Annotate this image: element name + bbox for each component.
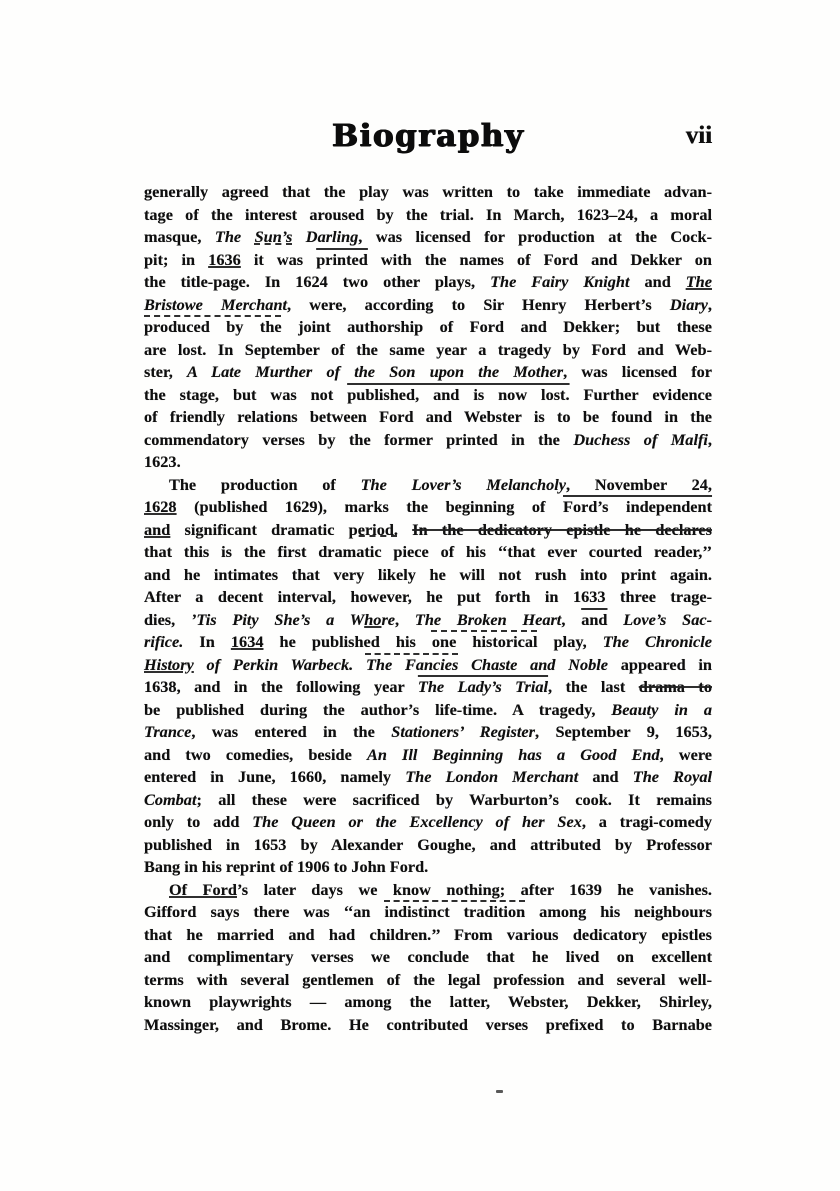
paragraph: Of Ford’s later days we know nothing; af… <box>144 879 712 1037</box>
text-segment: Beauty in a <box>611 700 712 719</box>
text-segment: ho <box>364 610 381 629</box>
text-line: that this is the first dramatic piece of… <box>144 541 712 564</box>
text-line: ster, A Late Murther of the Son upon the… <box>144 361 712 384</box>
text-segment: with the names of Ford and Dekker on <box>368 250 712 269</box>
text-segment: drama to <box>639 677 712 696</box>
text-segment: indistinct tradition <box>384 902 525 921</box>
text-segment: The Lady’s Trial <box>418 677 548 696</box>
text-segment: rifice. <box>144 632 183 651</box>
text-line: Massinger, and Brome. He contributed ver… <box>144 1014 712 1037</box>
text-segment: printed <box>316 250 368 269</box>
text-segment: , was entered in the <box>191 722 391 741</box>
text-segment: , <box>708 430 712 449</box>
text-line: and significant dramatic period. In the … <box>144 519 712 542</box>
text-segment: tage of the interest aroused by the tria… <box>144 205 712 224</box>
text-line: that he married and had children.’’ From… <box>144 924 712 947</box>
text-segment: of Perkin Warbeck. <box>194 655 366 674</box>
text-line: Combat; all these were sacrificed by War… <box>144 789 712 812</box>
text-line: History of Perkin Warbeck. The Fancies C… <box>144 654 712 677</box>
text-line: dies, ’Tis Pity She’s a Whore, The Broke… <box>144 609 712 632</box>
text-segment: The <box>686 272 712 291</box>
text-segment: The <box>215 227 255 246</box>
text-line: Trance, was entered in the Stationers’ R… <box>144 721 712 744</box>
text-segment: the stage, but was not <box>144 385 347 404</box>
text-line: of friendly relations between Ford and W… <box>144 406 712 429</box>
text-segment: The Chronicle <box>603 632 712 651</box>
text-segment <box>398 520 412 539</box>
text-segment <box>607 610 623 629</box>
text-segment: Bristowe Merchant <box>144 295 287 314</box>
text-segment: Trance <box>144 722 191 741</box>
scanned-book-page: Biography vii generally agreed that the … <box>0 0 840 1191</box>
text-segment: , <box>395 610 415 629</box>
text-segment: commendatory verses by the former printe… <box>144 430 573 449</box>
text-segment: After a decent interval, however, he put… <box>144 587 712 606</box>
text-segment: (published 1629), marks the beginning of <box>177 497 563 516</box>
text-segment: Chaste and Noble <box>458 655 608 674</box>
text-segment: significant dramatic <box>170 520 348 539</box>
text-segment: Further evidence <box>570 385 712 404</box>
text-segment: 1628 <box>144 497 177 516</box>
text-segment: only to add <box>144 812 252 831</box>
text-segment: 1636 <box>208 250 241 269</box>
text-segment: and <box>578 767 633 786</box>
text-segment: 1638, and in the following year <box>144 677 418 696</box>
text-segment: The London Merchant <box>405 767 578 786</box>
paragraph: generally agreed that the play was writt… <box>144 181 712 474</box>
text-line: and he intimates that very likely he wil… <box>144 564 712 587</box>
text-segment: The Broken Heart <box>415 610 561 629</box>
text-segment: The Lover’s Melancholy <box>361 475 566 494</box>
text-segment: , November 24, <box>566 475 712 494</box>
text-line: the title-page. In 1624 two other plays,… <box>144 271 712 294</box>
text-line: and complimentary verses we conclude tha… <box>144 946 712 969</box>
text-segment: and <box>581 610 607 629</box>
text-segment: , the last <box>548 677 639 696</box>
text-segment: Massinger, and Brome. He contributed ver… <box>144 1015 712 1034</box>
text-segment: The Queen or the Excellency of her Sex <box>252 812 582 831</box>
text-segment: The Fancies <box>366 655 458 674</box>
text-segment: of friendly relations between Ford and W… <box>144 407 712 426</box>
text-segment: that he married and had children.’’ From… <box>144 925 712 944</box>
text-segment: , were <box>660 745 712 764</box>
text-segment: period. <box>349 520 398 539</box>
paragraph: The production of The Lover’s Melancholy… <box>144 474 712 879</box>
text-segment: dies, <box>144 610 191 629</box>
text-segment: , <box>561 610 581 629</box>
text-segment: re <box>381 610 395 629</box>
text-segment: The Royal <box>633 767 712 786</box>
text-line: the stage, but was not published, and is… <box>144 384 712 407</box>
text-line: 1623. <box>144 451 712 474</box>
page-title: Biography <box>144 118 712 154</box>
text-segment: , was licensed for <box>563 362 712 381</box>
text-segment: ’s later days we know nothing; after 163… <box>237 880 712 899</box>
text-segment: Stationers’ Register <box>391 722 535 741</box>
text-segment: and he intimates that very likely he wil… <box>144 565 712 584</box>
text-segment: are lost. In September of the same year … <box>144 340 712 359</box>
text-segment: generally agreed that the play was writt… <box>144 182 712 201</box>
text-segment: Bang in his reprint of 1906 to John Ford… <box>144 857 428 876</box>
text-segment: produced by the <box>144 317 282 336</box>
text-segment: The production of <box>169 475 361 494</box>
text-segment: , <box>708 295 712 314</box>
text-segment: among his neighbours <box>525 902 712 921</box>
text-line: Of Ford’s later days we know nothing; af… <box>144 879 712 902</box>
text-line: produced by the joint authorship of Ford… <box>144 316 712 339</box>
text-segment: ’Tis Pity She’s a W <box>191 610 364 629</box>
text-line: are lost. In September of the same year … <box>144 339 712 362</box>
text-segment: , was licensed for production at the Coc… <box>358 227 712 246</box>
text-line: 1638, and in the following year The Lady… <box>144 676 712 699</box>
text-segment: Sun’s <box>255 227 293 246</box>
page-number: vii <box>686 122 712 150</box>
text-segment: joint authorship of Ford and Dekker; but… <box>282 317 712 336</box>
text-segment: A Late Murther of the Son upon the Mothe… <box>187 362 563 381</box>
text-segment: and <box>144 520 170 539</box>
text-segment: published, and is now lost. <box>347 385 569 404</box>
text-segment: In <box>183 632 231 651</box>
text-line: entered in June, 1660, namely The London… <box>144 766 712 789</box>
text-segment: play, <box>538 632 603 651</box>
text-segment: History <box>144 655 194 674</box>
text-line: pit; in 1636 it was printed with the nam… <box>144 249 712 272</box>
text-segment: terms with several gentlemen of the lega… <box>144 970 712 989</box>
text-segment: The Fairy Knight <box>490 272 629 291</box>
text-line: only to add The Queen or the Excellency … <box>144 811 712 834</box>
text-segment: be published during the author’s life-ti… <box>144 700 611 719</box>
text-segment: that this is the first dramatic piece of… <box>144 542 712 561</box>
text-segment: ; all these were sacrificed by Warburton… <box>196 790 712 809</box>
text-segment: Gifford says there was ‘‘an <box>144 902 384 921</box>
text-segment: Of Ford <box>169 880 237 899</box>
text-segment: appeared in <box>608 655 712 674</box>
text-segment: , a tragi-comedy <box>582 812 712 831</box>
text-line: published in 1653 by Alexander Goughe, a… <box>144 834 712 857</box>
text-segment: and two comedies, beside <box>144 745 367 764</box>
printer-mark <box>496 1090 503 1093</box>
text-line: 1628 (published 1629), marks the beginni… <box>144 496 712 519</box>
text-segment: Diary <box>670 295 708 314</box>
text-segment: ster, <box>144 362 187 381</box>
text-line: and two comedies, beside An Ill Beginnin… <box>144 744 712 767</box>
text-segment: the title-page. In 1624 two other plays, <box>144 272 490 291</box>
text-segment: entered in June, 1660, namely <box>144 767 405 786</box>
text-segment: Love’s Sac- <box>623 610 712 629</box>
text-segment: and <box>630 272 686 291</box>
text-segment: An Ill Beginning has a Good End <box>367 745 660 764</box>
text-segment: Darling <box>292 227 358 246</box>
text-segment: known playwrights — among the latter, We… <box>144 992 712 1011</box>
text-segment: , were, according to Sir Henry Herbert’s <box>287 295 670 314</box>
text-segment: one historical <box>432 632 538 651</box>
text-block: generally agreed that the play was writt… <box>144 181 712 1036</box>
text-segment: masque, <box>144 227 215 246</box>
text-segment: it was <box>241 250 316 269</box>
text-segment: pit; in <box>144 250 208 269</box>
text-segment: he published his <box>263 632 431 651</box>
text-segment: In the dedicatory epistle he declares <box>412 520 712 539</box>
text-line: tage of the interest aroused by the tria… <box>144 204 712 227</box>
text-segment: 1634 <box>231 632 264 651</box>
text-line: After a decent interval, however, he put… <box>144 586 712 609</box>
text-line: rifice. In 1634 he published his one his… <box>144 631 712 654</box>
text-line: Bang in his reprint of 1906 to John Ford… <box>144 856 712 879</box>
text-segment: Ford’s independent <box>563 497 712 516</box>
text-line: known playwrights — among the latter, We… <box>144 991 712 1014</box>
text-line: Gifford says there was ‘‘an indistinct t… <box>144 901 712 924</box>
text-line: Bristowe Merchant, were, according to Si… <box>144 294 712 317</box>
text-line: be published during the author’s life-ti… <box>144 699 712 722</box>
text-line: terms with several gentlemen of the lega… <box>144 969 712 992</box>
text-segment: 1623. <box>144 452 181 471</box>
text-segment: published in 1653 by Alexander Goughe, a… <box>144 835 712 854</box>
text-line: commendatory verses by the former printe… <box>144 429 712 452</box>
text-segment: Combat <box>144 790 196 809</box>
text-line: generally agreed that the play was writt… <box>144 181 712 204</box>
text-segment: Duchess of Malfi <box>573 430 708 449</box>
text-segment: , September 9, 1653, <box>535 722 712 741</box>
text-line: masque, The Sun’s Darling, was licensed … <box>144 226 712 249</box>
text-line: The production of The Lover’s Melancholy… <box>144 474 712 497</box>
text-segment: and complimentary verses we conclude tha… <box>144 947 712 966</box>
